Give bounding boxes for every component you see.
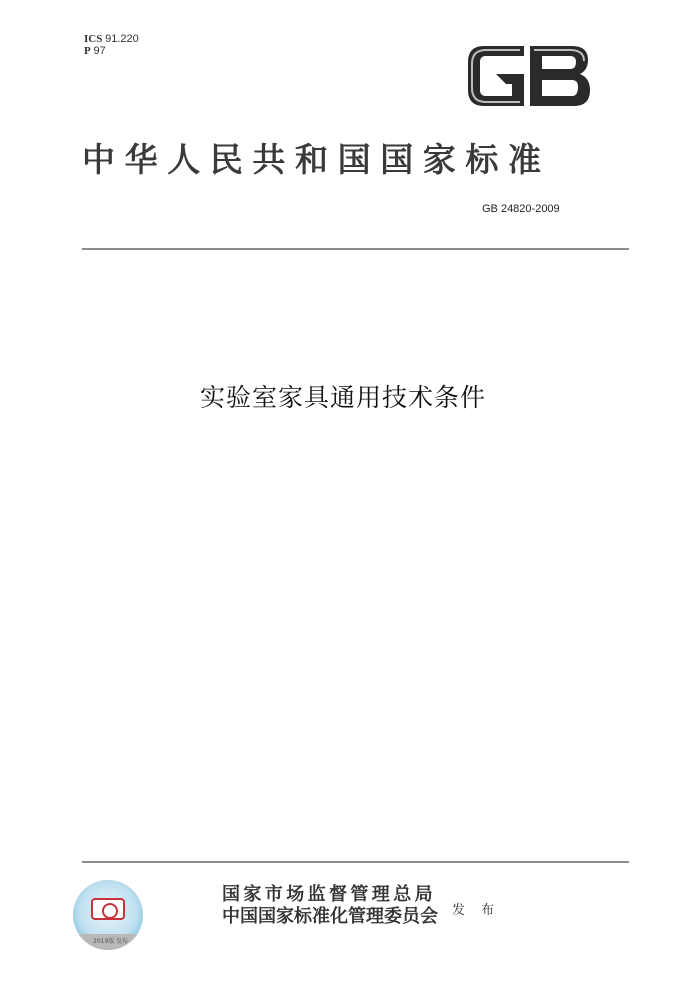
seal-band: 2019版 发布	[73, 934, 143, 950]
top-divider	[82, 248, 629, 250]
certification-seal-icon: 2019版 发布	[73, 880, 143, 950]
issuing-authorities: 国家市场监督管理总局 中国国家标准化管理委员会	[222, 884, 438, 928]
seal-emblem-icon	[91, 898, 125, 920]
ics-classification: ICS 91.220 P 97	[84, 33, 139, 57]
p-line: P 97	[84, 45, 139, 57]
bottom-divider	[82, 861, 629, 863]
issuer-sac: 中国国家标准化管理委员会	[222, 906, 438, 928]
issuer-samr: 国家市场监督管理总局	[222, 884, 438, 906]
standard-category-title: 中华人民共和国国家标准	[82, 134, 630, 181]
ics-line: ICS 91.220	[84, 33, 139, 45]
document-title: 实验室家具通用技术条件	[200, 378, 486, 414]
standard-number: GB 24820-2009	[482, 203, 560, 215]
gb-logo-icon	[462, 40, 596, 112]
publish-label: 发 布	[452, 899, 500, 918]
